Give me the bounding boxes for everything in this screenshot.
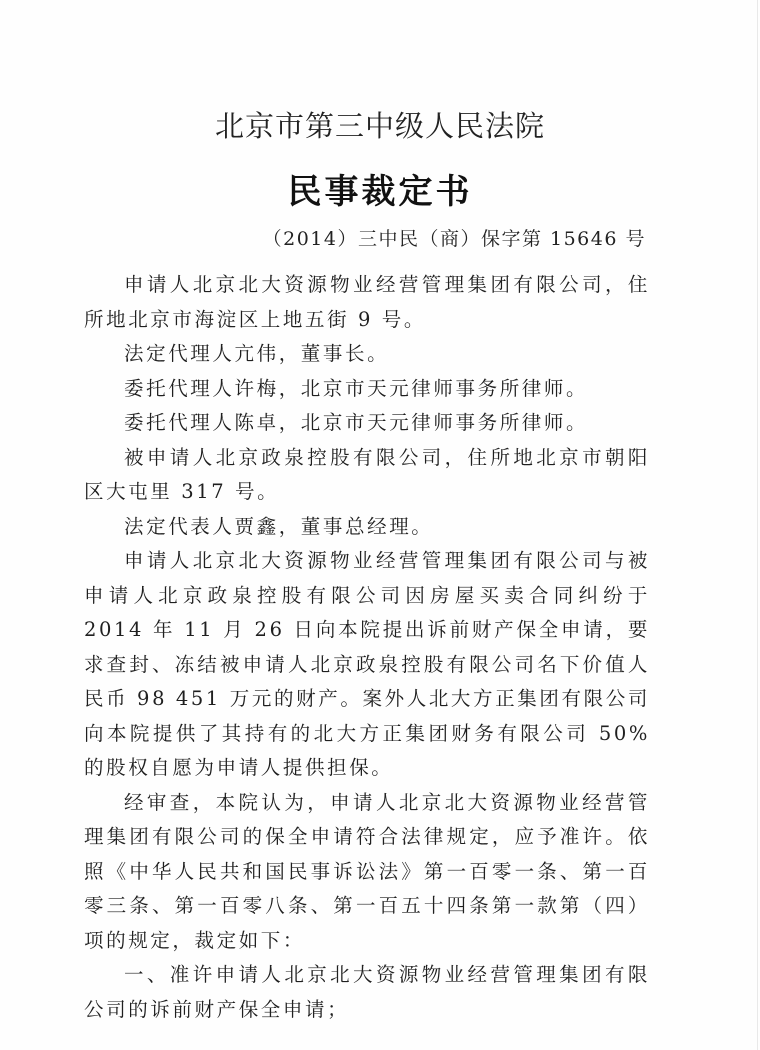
paragraph-agent-1: 委托代理人许梅，北京市天元律师事务所律师。: [84, 372, 650, 407]
paragraph-respondent: 被申请人北京政泉控股有限公司，住所地北京市朝阳区大屯里 317 号。: [84, 441, 650, 510]
paragraph-agent-2: 委托代理人陈卓，北京市天元律师事务所律师。: [84, 406, 650, 441]
document-body: 申请人北京北大资源物业经营管理集团有限公司，住所地北京市海淀区上地五街 9 号。…: [84, 268, 650, 1027]
paragraph-reasoning: 经审查，本院认为，申请人北京北大资源物业经营管理集团有限公司的保全申请符合法律规…: [84, 786, 650, 959]
document-page: 北京市第三中级人民法院 民事裁定书 （2014）三中民（商）保字第 15646 …: [0, 0, 760, 1050]
document-title: 民事裁定书: [0, 164, 760, 213]
case-number: （2014）三中民（商）保字第 15646 号: [263, 224, 646, 251]
court-name: 北京市第三中级人民法院: [0, 104, 760, 145]
paragraph-legal-representative: 法定代理人亢伟，董事长。: [84, 337, 650, 372]
paragraph-applicant: 申请人北京北大资源物业经营管理集团有限公司，住所地北京市海淀区上地五街 9 号。: [84, 268, 650, 337]
paragraph-ruling-1: 一、准许申请人北京北大资源物业经营管理集团有限公司的诉前财产保全申请；: [84, 958, 650, 1027]
paragraph-respondent-representative: 法定代表人贾鑫，董事总经理。: [84, 510, 650, 545]
scan-edge-divider: [757, 0, 758, 1050]
paragraph-facts: 申请人北京北大资源物业经营管理集团有限公司与被申请人北京政泉控股有限公司因房屋买…: [84, 544, 650, 786]
